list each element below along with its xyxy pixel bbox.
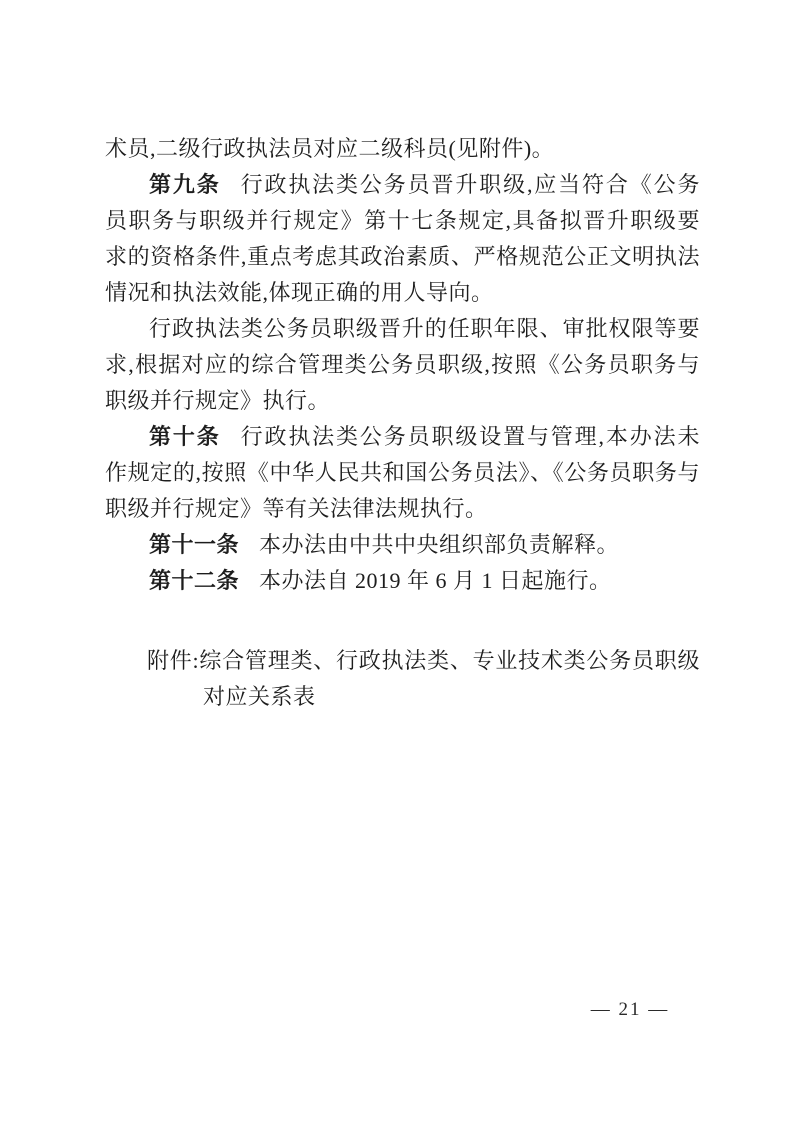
document-page: 术员,二级行政执法员对应二级科员(见附件)。 第九条行政执法类公务员晋升职级,应… <box>0 0 793 1122</box>
line-text: 职级并行规定》等有关法律法规执行。 <box>105 496 488 521</box>
line-text: 术员,二级行政执法员对应二级科员(见附件)。 <box>105 136 554 161</box>
text-line: 情况和执法效能,体现正确的用人导向。 <box>105 275 700 311</box>
line-text: 附件:综合管理类、行政执法类、专业技术类公务员职级 <box>147 648 700 673</box>
line-text: 求,根据对应的综合管理类公务员职级,按照《公务员职务与 <box>105 352 700 377</box>
text-line-article-10: 第十条行政执法类公务员职级设置与管理,本办法未 <box>105 419 700 455</box>
line-text: 对应关系表 <box>203 684 316 709</box>
line-text: 行政执法类公务员职级晋升的任职年限、审批权限等要 <box>149 316 700 341</box>
text-line: 求的资格条件,重点考虑其政治素质、严格规范公正文明执法 <box>105 239 700 275</box>
text-line: 职级并行规定》执行。 <box>105 383 700 419</box>
text-line: 作规定的,按照《中华人民共和国公务员法》、《公务员职务与 <box>105 455 700 491</box>
line-text: 员职务与职级并行规定》第十七条规定,具备拟晋升职级要 <box>105 208 700 233</box>
article-number: 第十一条 <box>149 532 239 557</box>
text-line-article-12: 第十二条本办法自 2019 年 6 月 1 日起施行。 <box>105 563 700 599</box>
text-line: 员职务与职级并行规定》第十七条规定,具备拟晋升职级要 <box>105 203 700 239</box>
page-number: — 21 — <box>555 997 705 1023</box>
line-text: 行政执法类公务员职级设置与管理,本办法未 <box>241 424 700 449</box>
article-number: 第十二条 <box>149 568 239 593</box>
text-line: 求,根据对应的综合管理类公务员职级,按照《公务员职务与 <box>105 347 700 383</box>
line-text: 本办法自 2019 年 6 月 1 日起施行。 <box>259 568 612 593</box>
article-number: 第九条 <box>149 172 221 197</box>
line-text: 作规定的,按照《中华人民共和国公务员法》、《公务员职务与 <box>105 460 700 485</box>
line-text: 情况和执法效能,体现正确的用人导向。 <box>105 280 494 305</box>
attachment-note-line: 对应关系表 <box>105 679 700 715</box>
line-text: 本办法由中共中央组织部负责解释。 <box>259 532 619 557</box>
text-line-article-11: 第十一条本办法由中共中央组织部负责解释。 <box>105 527 700 563</box>
text-line-article-9: 第九条行政执法类公务员晋升职级,应当符合《公务 <box>105 167 700 203</box>
text-line-paragraph-start: 行政执法类公务员职级晋升的任职年限、审批权限等要 <box>105 311 700 347</box>
document-body: 术员,二级行政执法员对应二级科员(见附件)。 第九条行政执法类公务员晋升职级,应… <box>105 131 700 715</box>
text-line: 职级并行规定》等有关法律法规执行。 <box>105 491 700 527</box>
line-text: 行政执法类公务员晋升职级,应当符合《公务 <box>241 172 700 197</box>
line-text: 职级并行规定》执行。 <box>105 388 330 413</box>
line-text: 求的资格条件,重点考虑其政治素质、严格规范公正文明执法 <box>105 244 700 269</box>
text-line-continued: 术员,二级行政执法员对应二级科员(见附件)。 <box>105 131 700 167</box>
attachment-note-line: 附件:综合管理类、行政执法类、专业技术类公务员职级 <box>105 643 700 679</box>
blank-gap <box>105 599 700 643</box>
article-number: 第十条 <box>149 424 221 449</box>
